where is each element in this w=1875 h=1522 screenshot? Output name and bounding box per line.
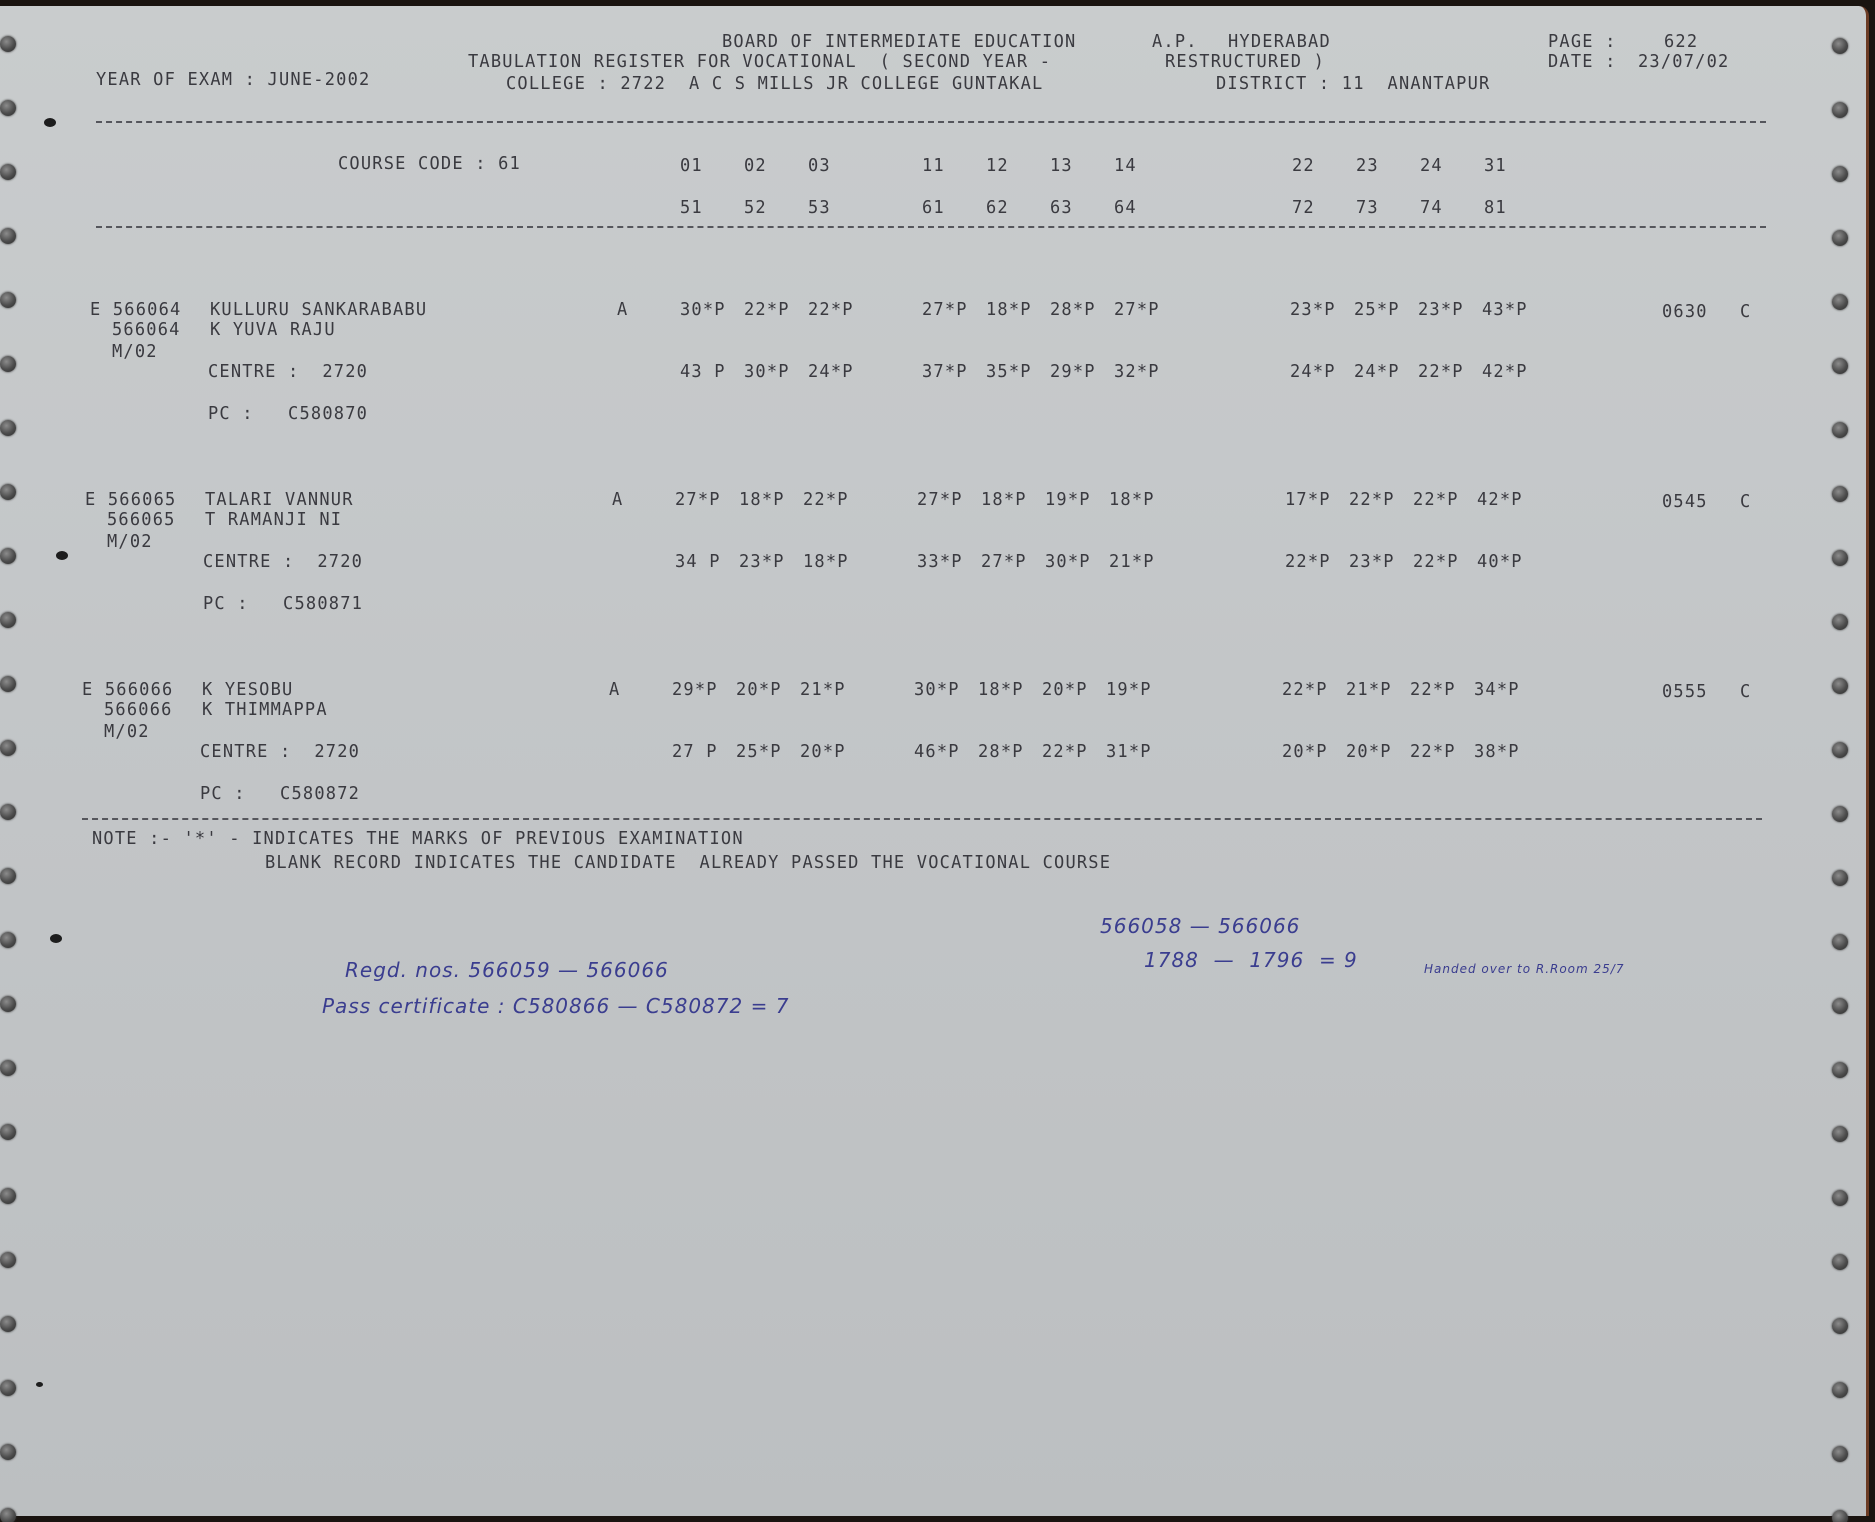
centre-code: CENTRE : 2720 (208, 362, 368, 383)
tractor-feed-hole (1832, 230, 1848, 246)
tractor-feed-hole (1832, 870, 1848, 886)
tractor-feed-hole (0, 1444, 16, 1460)
tractor-feed-hole (1832, 486, 1848, 502)
divider (96, 121, 1766, 123)
restructured-label: RESTRUCTURED ) (1165, 52, 1325, 73)
result-class: C (1740, 302, 1751, 323)
column-code: 03 (808, 156, 831, 177)
tractor-feed-hole (0, 740, 16, 756)
board-title: BOARD OF INTERMEDIATE EDUCATION (722, 32, 1076, 53)
father-name: K YUVA RAJU (210, 320, 336, 341)
column-code: 23 (1356, 156, 1379, 177)
medium: A (609, 680, 620, 701)
tractor-feed-hole (1832, 102, 1848, 118)
medium: A (612, 490, 623, 511)
mark-cell: 46*P (914, 742, 960, 763)
year-of-exam: YEAR OF EXAM : JUNE-2002 (96, 70, 370, 91)
tractor-feed-hole (1832, 1510, 1848, 1522)
tractor-feed-hole (0, 228, 16, 244)
tractor-feed-hole (0, 676, 16, 692)
tractor-feed-hole (1832, 422, 1848, 438)
state: A.P. (1152, 32, 1198, 53)
column-code: 31 (1484, 156, 1507, 177)
tractor-feed-hole (0, 1252, 16, 1268)
total-marks: 0545 (1662, 492, 1708, 513)
mark-cell: 18*P (986, 300, 1032, 321)
column-code: 12 (986, 156, 1009, 177)
tractor-feed-hole (1832, 742, 1848, 758)
tractor-feed-hole (0, 1316, 16, 1332)
mark-cell: 22*P (803, 490, 849, 511)
mark-cell: 30*P (1045, 552, 1091, 573)
district-info: DISTRICT : 11 ANANTAPUR (1216, 74, 1490, 95)
mark-cell: 20*P (736, 680, 782, 701)
mark-cell: 21*P (800, 680, 846, 701)
page-label: PAGE : (1548, 32, 1617, 53)
mark-cell: 38*P (1474, 742, 1520, 763)
column-code: 72 (1292, 198, 1315, 219)
mark-cell: 30*P (914, 680, 960, 701)
tractor-feed-hole (0, 356, 16, 372)
result-class: C (1740, 682, 1751, 703)
mark-cell: 27*P (981, 552, 1027, 573)
mark-cell: 18*P (981, 490, 1027, 511)
column-code: 22 (1292, 156, 1315, 177)
father-name: T RAMANJI NI (205, 510, 342, 531)
mark-cell: 25*P (1354, 300, 1400, 321)
tractor-feed-hole (0, 484, 16, 500)
mark-cell: 20*P (1282, 742, 1328, 763)
tractor-feed-hole (0, 612, 16, 628)
handwritten-pass-certificate: Pass certificate : C580866 — C580872 = 7 (322, 994, 789, 1018)
mark-cell: 18*P (978, 680, 1024, 701)
divider (82, 818, 1762, 820)
punch-hole (50, 934, 62, 943)
column-code: 81 (1484, 198, 1507, 219)
mark-cell: 22*P (808, 300, 854, 321)
mark-cell: 22*P (744, 300, 790, 321)
result-class: C (1740, 492, 1751, 513)
mark-cell: 24*P (1290, 362, 1336, 383)
mark-cell: 34 P (675, 552, 721, 573)
tractor-feed-hole (1832, 678, 1848, 694)
mark-cell: 19*P (1106, 680, 1152, 701)
tractor-feed-hole (1832, 1254, 1848, 1270)
divider (96, 226, 1766, 228)
mark-cell: 27 P (672, 742, 718, 763)
mark-cell: 20*P (1346, 742, 1392, 763)
pass-certificate-number: PC : C580871 (203, 594, 363, 615)
pass-certificate-number: PC : C580870 (208, 404, 368, 425)
mark-cell: 42*P (1477, 490, 1523, 511)
mark-cell: 19*P (1045, 490, 1091, 511)
tractor-feed-hole (0, 804, 16, 820)
tractor-feed-hole (0, 1060, 16, 1076)
column-code: 53 (808, 198, 831, 219)
registration-number: E 566064 (90, 300, 181, 321)
mark-cell: 22*P (1282, 680, 1328, 701)
mark-cell: 24*P (808, 362, 854, 383)
tractor-feed-hole (1832, 614, 1848, 630)
mark-cell: 21*P (1109, 552, 1155, 573)
hall-ticket-number: 566066 (104, 700, 173, 721)
exam-month: M/02 (107, 532, 153, 553)
column-code: 52 (744, 198, 767, 219)
candidate-name: TALARI VANNUR (205, 490, 354, 511)
mark-cell: 20*P (800, 742, 846, 763)
column-code: 01 (680, 156, 703, 177)
mark-cell: 23*P (739, 552, 785, 573)
column-code: 02 (744, 156, 767, 177)
tabulation-register-sheet: BOARD OF INTERMEDIATE EDUCATION A.P. HYD… (0, 6, 1869, 1516)
mark-cell: 22*P (1413, 490, 1459, 511)
column-code: 24 (1420, 156, 1443, 177)
mark-cell: 28*P (1050, 300, 1096, 321)
column-code: 14 (1114, 156, 1137, 177)
tractor-feed-hole (1832, 38, 1848, 54)
mark-cell: 28*P (978, 742, 1024, 763)
note-line-2: BLANK RECORD INDICATES THE CANDIDATE ALR… (265, 853, 1111, 874)
pass-certificate-number: PC : C580872 (200, 784, 360, 805)
tractor-feed-hole (1832, 806, 1848, 822)
column-code: 74 (1420, 198, 1443, 219)
tractor-feed-hole (0, 100, 16, 116)
mark-cell: 24*P (1354, 362, 1400, 383)
tractor-feed-hole (1832, 1190, 1848, 1206)
column-code: 13 (1050, 156, 1073, 177)
candidate-name: K YESOBU (202, 680, 293, 701)
tractor-feed-hole (1832, 294, 1848, 310)
mark-cell: 22*P (1413, 552, 1459, 573)
mark-cell: 18*P (739, 490, 785, 511)
total-marks: 0555 (1662, 682, 1708, 703)
mark-cell: 27*P (1114, 300, 1160, 321)
mark-cell: 23*P (1349, 552, 1395, 573)
column-code: 11 (922, 156, 945, 177)
mark-cell: 31*P (1106, 742, 1152, 763)
father-name: K THIMMAPPA (202, 700, 328, 721)
column-code: 63 (1050, 198, 1073, 219)
mark-cell: 33*P (917, 552, 963, 573)
mark-cell: 25*P (736, 742, 782, 763)
mark-cell: 29*P (672, 680, 718, 701)
hall-ticket-number: 566064 (112, 320, 181, 341)
centre-code: CENTRE : 2720 (200, 742, 360, 763)
mark-cell: 22*P (1418, 362, 1464, 383)
date-label: DATE : (1548, 52, 1617, 73)
mark-cell: 23*P (1418, 300, 1464, 321)
handwritten-handed-over: Handed over to R.Room 25/7 (1424, 962, 1624, 976)
mark-cell: 27*P (675, 490, 721, 511)
tractor-feed-hole (1832, 1446, 1848, 1462)
mark-cell: 18*P (1109, 490, 1155, 511)
date-value: 23/07/02 (1638, 52, 1729, 73)
mark-cell: 42*P (1482, 362, 1528, 383)
tractor-feed-hole (0, 1380, 16, 1396)
page-number: 622 (1664, 32, 1698, 53)
tractor-feed-hole (0, 996, 16, 1012)
exam-month: M/02 (104, 722, 150, 743)
registration-number: E 566065 (85, 490, 176, 511)
tractor-feed-hole (1832, 166, 1848, 182)
tractor-feed-hole (1832, 934, 1848, 950)
column-code: 64 (1114, 198, 1137, 219)
mark-cell: 43 P (680, 362, 726, 383)
tractor-feed-hole (1832, 358, 1848, 374)
column-code: 62 (986, 198, 1009, 219)
mark-cell: 35*P (986, 362, 1032, 383)
mark-cell: 23*P (1290, 300, 1336, 321)
column-code: 61 (922, 198, 945, 219)
mark-cell: 29*P (1050, 362, 1096, 383)
tractor-feed-hole (1832, 1062, 1848, 1078)
mark-cell: 22*P (1410, 742, 1456, 763)
mark-cell: 34*P (1474, 680, 1520, 701)
tractor-feed-hole (0, 932, 16, 948)
mark-cell: 30*P (744, 362, 790, 383)
mark-cell: 22*P (1042, 742, 1088, 763)
mark-cell: 43*P (1482, 300, 1528, 321)
total-marks: 0630 (1662, 302, 1708, 323)
register-title: TABULATION REGISTER FOR VOCATIONAL ( SEC… (468, 52, 1051, 73)
mark-cell: 30*P (680, 300, 726, 321)
tractor-feed-hole (1832, 1126, 1848, 1142)
note-line-1: NOTE :- '*' - INDICATES THE MARKS OF PRE… (92, 829, 744, 850)
mark-cell: 40*P (1477, 552, 1523, 573)
punch-hole (56, 551, 68, 560)
tractor-feed-hole (0, 868, 16, 884)
city: HYDERABAD (1228, 32, 1331, 53)
tractor-feed-hole (1832, 550, 1848, 566)
medium: A (617, 300, 628, 321)
tractor-feed-hole (1832, 998, 1848, 1014)
tractor-feed-hole (0, 164, 16, 180)
mark-cell: 22*P (1285, 552, 1331, 573)
exam-month: M/02 (112, 342, 158, 363)
handwritten-range-2: 1788 — 1796 = 9 (1144, 948, 1358, 972)
punch-hole (36, 1382, 43, 1387)
mark-cell: 27*P (917, 490, 963, 511)
mark-cell: 22*P (1410, 680, 1456, 701)
candidate-name: KULLURU SANKARABABU (210, 300, 427, 321)
course-code: COURSE CODE : 61 (338, 154, 521, 175)
mark-cell: 32*P (1114, 362, 1160, 383)
mark-cell: 22*P (1349, 490, 1395, 511)
tractor-feed-hole (0, 420, 16, 436)
tractor-feed-hole (0, 1188, 16, 1204)
column-code: 51 (680, 198, 703, 219)
tractor-feed-hole (0, 1508, 16, 1522)
mark-cell: 17*P (1285, 490, 1331, 511)
tractor-feed-hole (0, 1124, 16, 1140)
mark-cell: 37*P (922, 362, 968, 383)
column-code: 73 (1356, 198, 1379, 219)
tractor-feed-hole (1832, 1382, 1848, 1398)
tractor-feed-hole (0, 548, 16, 564)
tractor-feed-hole (0, 36, 16, 52)
registration-number: E 566066 (82, 680, 173, 701)
mark-cell: 20*P (1042, 680, 1088, 701)
mark-cell: 18*P (803, 552, 849, 573)
handwritten-range-1: 566058 — 566066 (1100, 914, 1300, 938)
mark-cell: 27*P (922, 300, 968, 321)
tractor-feed-hole (1832, 1318, 1848, 1334)
mark-cell: 21*P (1346, 680, 1392, 701)
college-info: COLLEGE : 2722 A C S MILLS JR COLLEGE GU… (506, 74, 1043, 95)
centre-code: CENTRE : 2720 (203, 552, 363, 573)
handwritten-reg-nos: Regd. nos. 566059 — 566066 (345, 958, 669, 982)
hall-ticket-number: 566065 (107, 510, 176, 531)
tractor-feed-hole (0, 292, 16, 308)
punch-hole (44, 118, 56, 127)
